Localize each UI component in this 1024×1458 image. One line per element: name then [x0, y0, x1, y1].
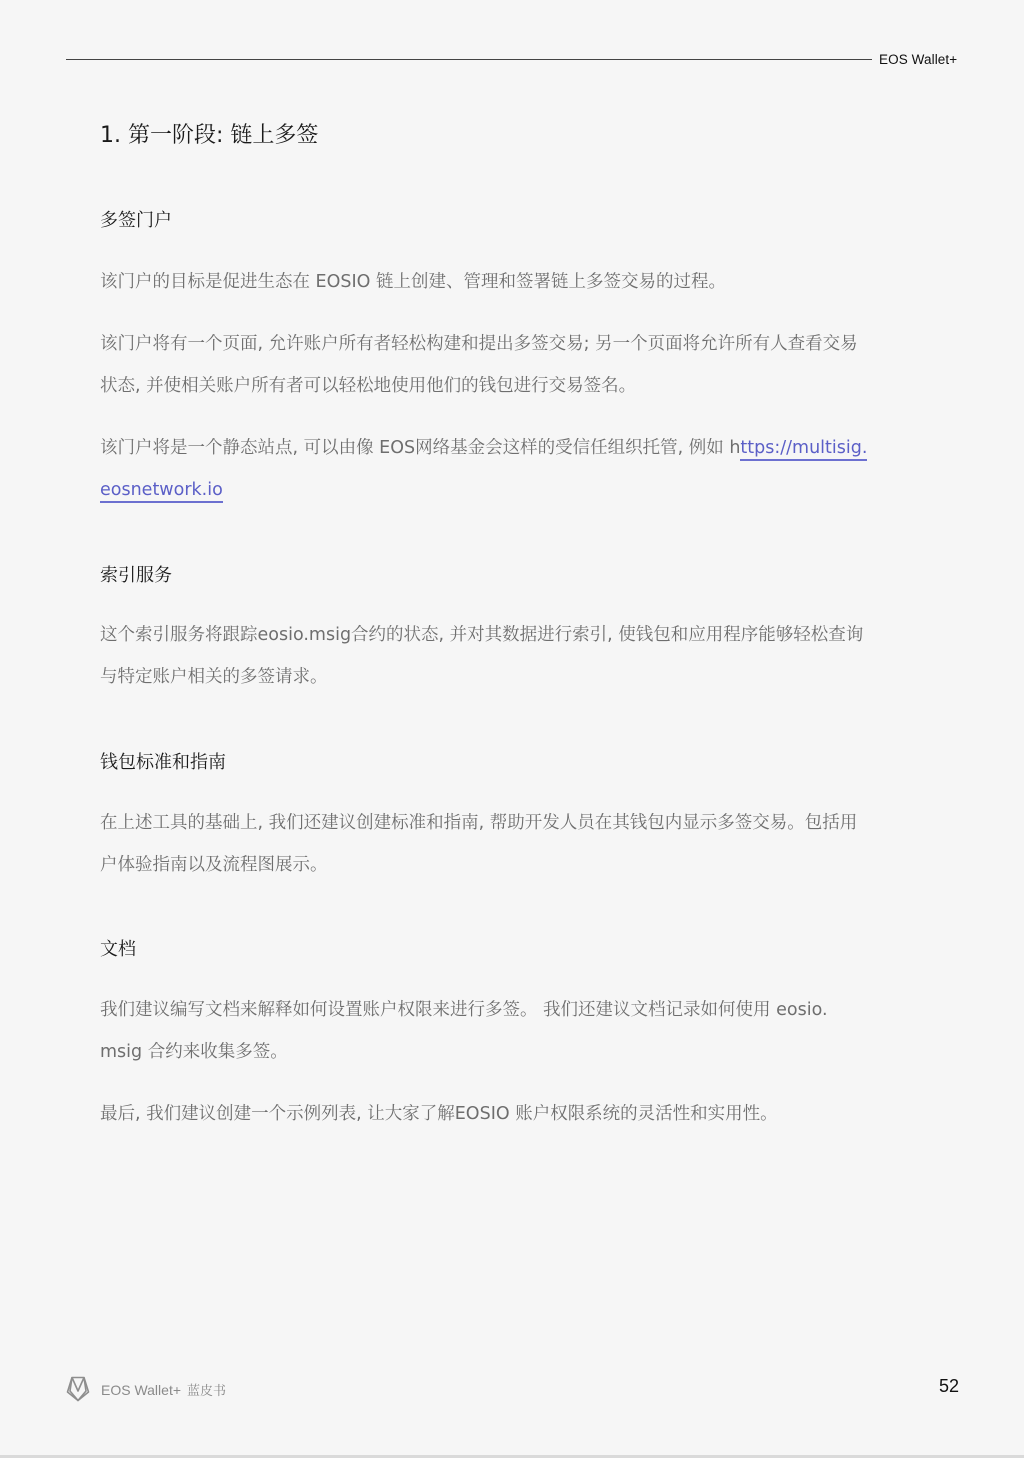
paragraph: 该门户的目标是促进生态在 EOSIO 链上创建、管理和签署链上多签交易的过程。: [100, 261, 930, 303]
multisig-url-link-continued[interactable]: eosnetwork.io: [100, 480, 223, 503]
footer-brand-name: EOS Wallet+: [101, 1382, 181, 1398]
header-title: EOS Wallet+: [879, 52, 957, 67]
header-rule: [66, 59, 872, 60]
section-heading-documentation: 文档: [100, 935, 136, 961]
paragraph-line: 状态, 并使相关账户所有者可以轻松地使用他们的钱包进行交易签名。: [100, 365, 930, 407]
paragraph-line: msig 合约来收集多签。: [100, 1031, 930, 1073]
paragraph-line: eosnetwork.io: [100, 469, 930, 511]
paragraph: 该门户将有一个页面, 允许账户所有者轻松构建和提出多签交易; 另一个页面将允许所…: [100, 323, 930, 407]
paragraph-line: 与特定账户相关的多签请求。: [100, 656, 930, 698]
paragraph-line: 该门户将有一个页面, 允许账户所有者轻松构建和提出多签交易; 另一个页面将允许所…: [100, 323, 930, 365]
paragraph-line: 户体验指南以及流程图展示。: [100, 844, 930, 886]
paragraph-with-link: 该门户将是一个静态站点, 可以由像 EOS网络基金会这样的受信任组织托管, 例如…: [100, 427, 930, 511]
paragraph-line: 在上述工具的基础上, 我们还建议创建标准和指南, 帮助开发人员在其钱包内显示多签…: [100, 802, 930, 844]
section-heading-wallet-standards: 钱包标准和指南: [100, 748, 226, 774]
multisig-url-link[interactable]: ttps://multisig.: [740, 438, 867, 461]
paragraph-line: 这个索引服务将跟踪eosio.msig合约的状态, 并对其数据进行索引, 使钱包…: [100, 614, 930, 656]
chapter-title: 1. 第一阶段: 链上多签: [100, 118, 318, 149]
section-heading-multisig-portal: 多签门户: [100, 206, 172, 232]
page-number: 52: [939, 1376, 959, 1397]
paragraph-text: 该门户将是一个静态站点, 可以由像 EOS网络基金会这样的受信任组织托管, 例如…: [100, 438, 740, 458]
footer-subtitle: 蓝皮书: [187, 1384, 226, 1399]
paragraph-line: 我们建议编写文档来解释如何设置账户权限来进行多签。 我们还建议文档记录如何使用 …: [100, 989, 930, 1031]
paragraph: 我们建议编写文档来解释如何设置账户权限来进行多签。 我们还建议文档记录如何使用 …: [100, 989, 930, 1073]
footer-brand: EOS Wallet+蓝皮书: [101, 1380, 226, 1399]
paragraph-line: 该门户将是一个静态站点, 可以由像 EOS网络基金会这样的受信任组织托管, 例如…: [100, 427, 930, 469]
paragraph: 最后, 我们建议创建一个示例列表, 让大家了解EOSIO 账户权限系统的灵活性和…: [100, 1093, 930, 1135]
eos-logo-icon: [66, 1376, 90, 1402]
paragraph: 这个索引服务将跟踪eosio.msig合约的状态, 并对其数据进行索引, 使钱包…: [100, 614, 930, 698]
paragraph: 在上述工具的基础上, 我们还建议创建标准和指南, 帮助开发人员在其钱包内显示多签…: [100, 802, 930, 886]
section-heading-index-service: 索引服务: [100, 561, 172, 587]
paragraph-line: 该门户的目标是促进生态在 EOSIO 链上创建、管理和签署链上多签交易的过程。: [100, 261, 930, 303]
paragraph-line: 最后, 我们建议创建一个示例列表, 让大家了解EOSIO 账户权限系统的灵活性和…: [100, 1093, 930, 1135]
